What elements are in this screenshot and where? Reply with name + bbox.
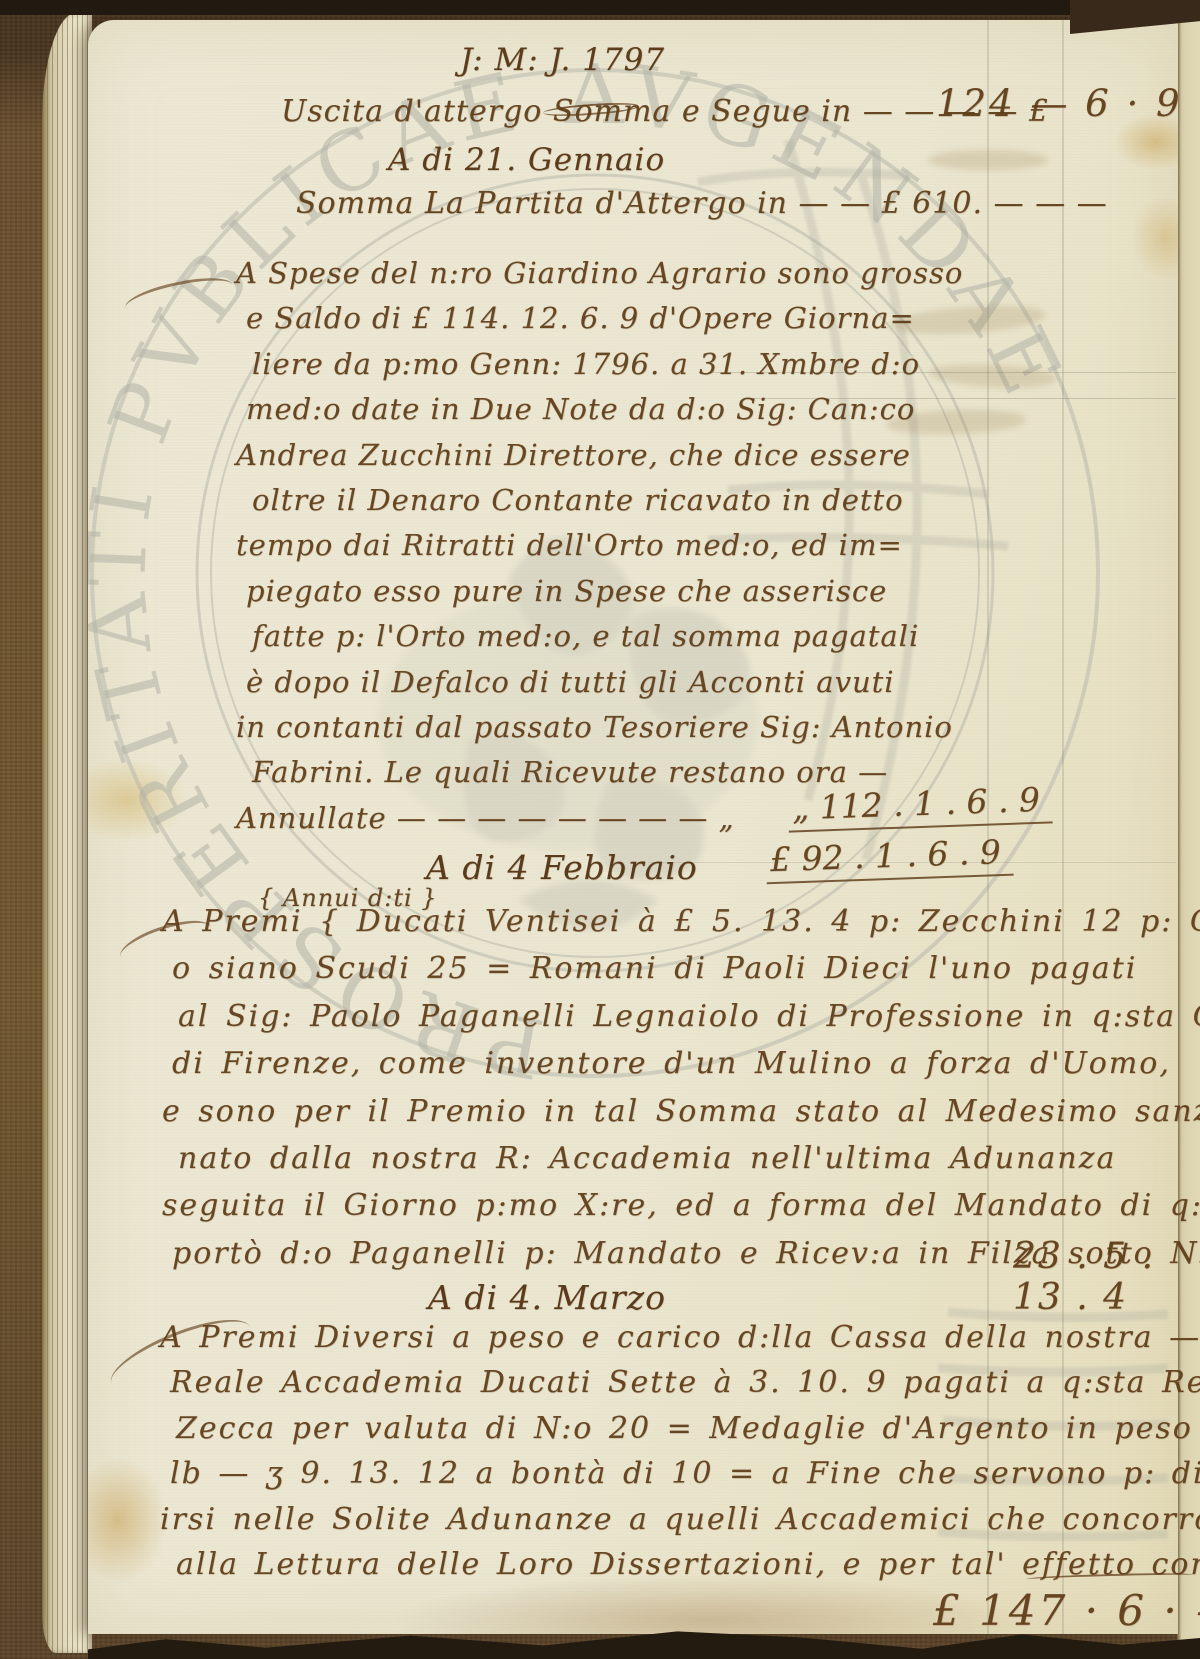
manuscript-line: Andrea Zucchini Direttore, che dice esse… — [236, 438, 963, 483]
manuscript-line: di Firenze, come inventore d'un Mulino a… — [172, 1046, 1200, 1093]
amount-value: „ 112 . 1 . 6 . 9 — [787, 779, 1052, 832]
manuscript-line: tempo dai Ritratti dell'Orto med:o, ed i… — [236, 528, 963, 573]
entry-marzo: A Premi Diversi a peso e carico d:lla Ca… — [160, 1320, 1200, 1592]
manuscript-line: e Saldo di £ 114. 12. 6. 9 d'Opere Giorn… — [246, 301, 963, 346]
section-heading-gennaio: A di 21. Gennaio — [388, 142, 665, 178]
manuscript-line: in contanti dal passato Tesoriere Sig: A… — [236, 710, 963, 755]
entry-febbraio: A Premi { Ducati Ventisei à £ 5. 13. 4 p… — [162, 904, 1200, 1283]
manuscript-line: med:o date in Due Note da d:o Sig: Can:c… — [246, 392, 963, 437]
binding-top-edge — [0, 0, 1200, 15]
margin-amount-febbraio: 23 . 5 . 13 . 4 — [1013, 1236, 1178, 1318]
manuscript-line: o siano Scudi 25 = Romani di Paoli Dieci… — [172, 951, 1200, 998]
manuscript-line: lb — ʒ 9. 13. 12 a bontà di 10 = a Fine … — [170, 1456, 1200, 1501]
summary-line: Somma La Partita d'Attergo in — — £ 610.… — [296, 186, 1108, 221]
carryover-amount: 124 — 6 · 9 — [936, 82, 1183, 125]
pen-swash — [122, 271, 236, 322]
year-monogram: J: M: J. 1797 — [460, 42, 665, 78]
carryover-line: Uscita d'attergo Somma e Segue in — — — … — [281, 94, 1049, 129]
margin-amount-subtotal: „ 112 . 1 . 6 . 9 — [788, 784, 1052, 828]
manuscript-line: è dopo il Defalco di tutti gli Acconti a… — [246, 665, 963, 710]
amount-value: £ 92 . 1 . 6 . 9 — [765, 832, 1013, 885]
page-stack-edges — [42, 13, 92, 1653]
manuscript-line: e sono per il Premio in tal Somma stato … — [162, 1094, 1200, 1141]
manuscript-line: piegato esso pure in Spese che asserisce — [246, 574, 963, 619]
manuscript-line: fatte p: l'Orto med:o, e tal somma pagat… — [252, 619, 963, 664]
manuscript-line: liere da p:mo Genn: 1796. a 31. Xmbre d:… — [252, 347, 963, 392]
manuscript-line: irsi nelle Solite Adunanze a quelli Acca… — [160, 1502, 1200, 1547]
manuscript-line: Reale Accademia Ducati Sette à 3. 10. 9 … — [170, 1365, 1200, 1410]
manuscript-line: al Sig: Paolo Paganelli Legnaiolo di Pro… — [178, 999, 1200, 1046]
section-heading-febbraio: A di 4 Febbraio — [426, 848, 698, 887]
manuscript-line: oltre il Denaro Contante ricavato in det… — [252, 483, 963, 528]
manuscript-line: A Spese del n:ro Giardino Agrario sono g… — [236, 256, 963, 301]
ledger-page: PROSPERITATI PVBLICAE AVGENDAE — [88, 20, 1178, 1634]
manuscript-line: A Premi Diversi a peso e carico d:lla Ca… — [160, 1320, 1200, 1365]
manuscript-line: Zecca per valuta di N:o 20 = Medaglie d'… — [176, 1411, 1200, 1456]
manuscript-line: seguita il Giorno p:mo X:re, ed a forma … — [162, 1188, 1200, 1235]
section-heading-marzo: A di 4. Marzo — [428, 1278, 666, 1317]
entry-gennaio: A Spese del n:ro Giardino Agrario sono g… — [236, 256, 963, 846]
manuscript-line: A Premi { Ducati Ventisei à £ 5. 13. 4 p… — [162, 904, 1200, 951]
manuscript-photo: PROSPERITATI PVBLICAE AVGENDAE — [0, 0, 1200, 1659]
page-total-amount: £ 147 · 6 · — · — — [933, 1586, 1200, 1635]
manuscript-line: nato dalla nostra R: Accademia nell'ulti… — [178, 1141, 1200, 1188]
margin-amount-total: £ 92 . 1 . 6 . 9 — [766, 836, 1013, 880]
